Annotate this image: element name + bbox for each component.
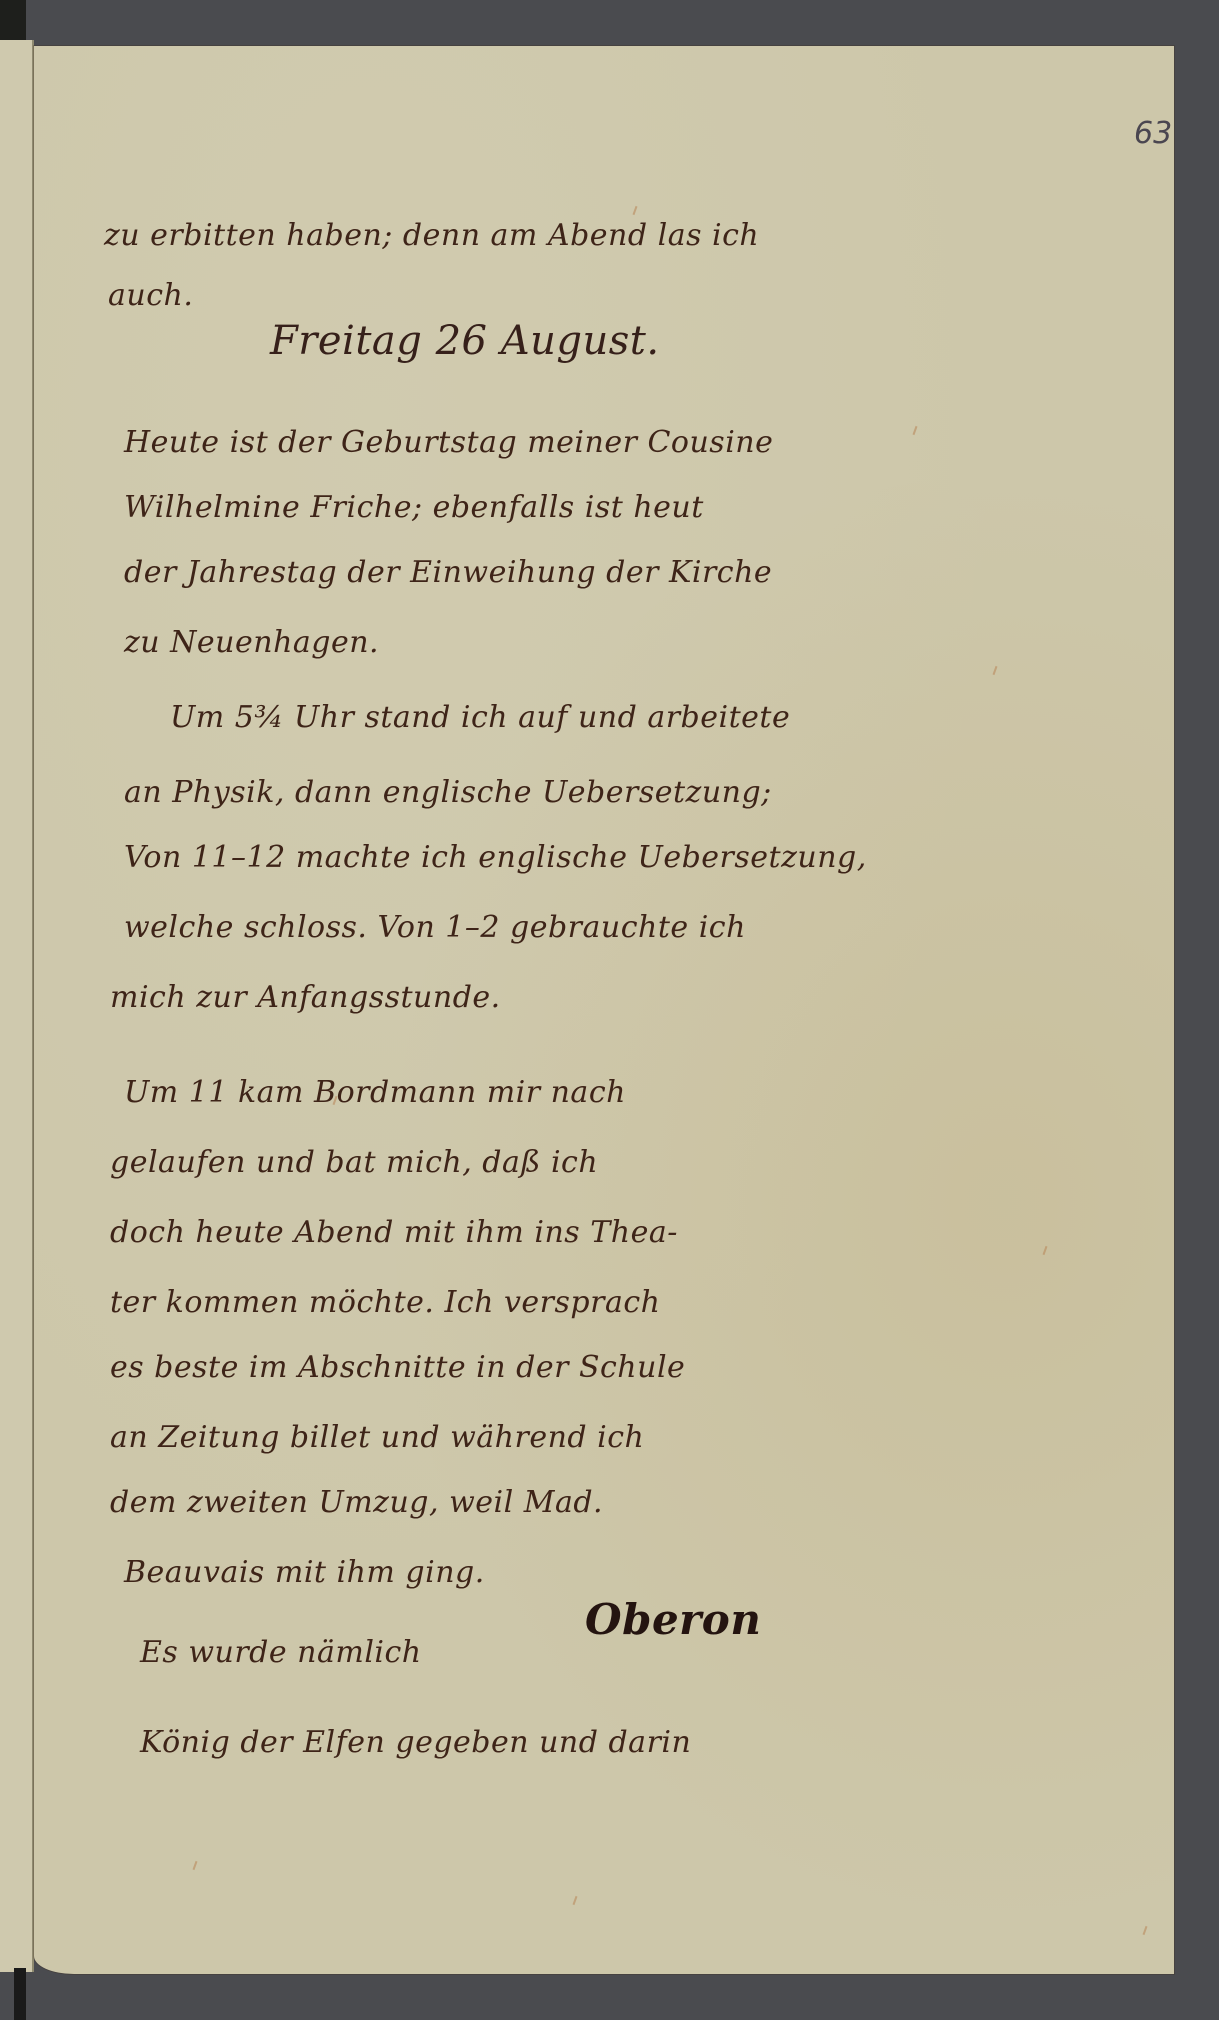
handwritten-line: es beste im Abschnitte in der Schule [110, 1350, 685, 1385]
handwritten-line: auch. [108, 278, 193, 313]
handwritten-line: der Jahrestag der Einweihung der Kirche [124, 555, 772, 590]
manuscript-page: 63 zu erbitten haben; denn am Abend las … [34, 46, 1174, 1974]
paper-fiber [193, 1861, 198, 1870]
handwritten-line: doch heute Abend mit ihm ins Thea- [110, 1215, 678, 1250]
handwritten-line: an Physik, dann englische Uebersetzung; [124, 775, 772, 810]
handwritten-line: zu Neuenhagen. [124, 625, 379, 660]
handwritten-line: Um 11 kam Bordmann mir nach [124, 1075, 626, 1110]
handwritten-line: welche schloss. Von 1–2 gebrauchte ich [124, 910, 746, 945]
handwritten-line: Es wurde nämlich [140, 1635, 422, 1670]
handwritten-line: Heute ist der Geburtstag meiner Cousine [124, 425, 773, 460]
handwritten-line: zu erbitten haben; denn am Abend las ich [104, 218, 759, 253]
handwritten-line: Wilhelmine Friche; ebenfalls ist heut [124, 490, 704, 525]
paper-fiber [1143, 1926, 1148, 1935]
handwritten-line: Beauvais mit ihm ging. [124, 1555, 485, 1590]
handwritten-line: an Zeitung billet und während ich [110, 1420, 644, 1455]
handwritten-line: mich zur Anfangsstunde. [110, 980, 501, 1015]
handwritten-line: Oberon [585, 1595, 761, 1644]
book-spine-bottom [14, 1968, 26, 2020]
folio-number: 63 [1134, 116, 1172, 151]
handwritten-line: Um 5¾ Uhr stand ich auf und arbeitete [170, 700, 790, 735]
paper-fiber [633, 206, 638, 215]
facing-page-edge [0, 40, 34, 1972]
handwritten-line: ter kommen möchte. Ich versprach [110, 1285, 660, 1320]
handwritten-line: Von 11–12 machte ich englische Uebersetz… [124, 840, 867, 875]
entry-date-heading: Freitag 26 August. [270, 318, 660, 364]
paper-fiber [573, 1896, 578, 1905]
paper-fiber [993, 666, 998, 675]
handwritten-line: König der Elfen gegeben und darin [140, 1725, 691, 1760]
handwritten-line: dem zweiten Umzug, weil Mad. [110, 1485, 603, 1520]
paper-fiber [1043, 1246, 1048, 1255]
handwritten-line: gelaufen und bat mich, daß ich [110, 1145, 598, 1180]
book-spine-shadow [0, 0, 26, 45]
paper-fiber [913, 426, 918, 435]
